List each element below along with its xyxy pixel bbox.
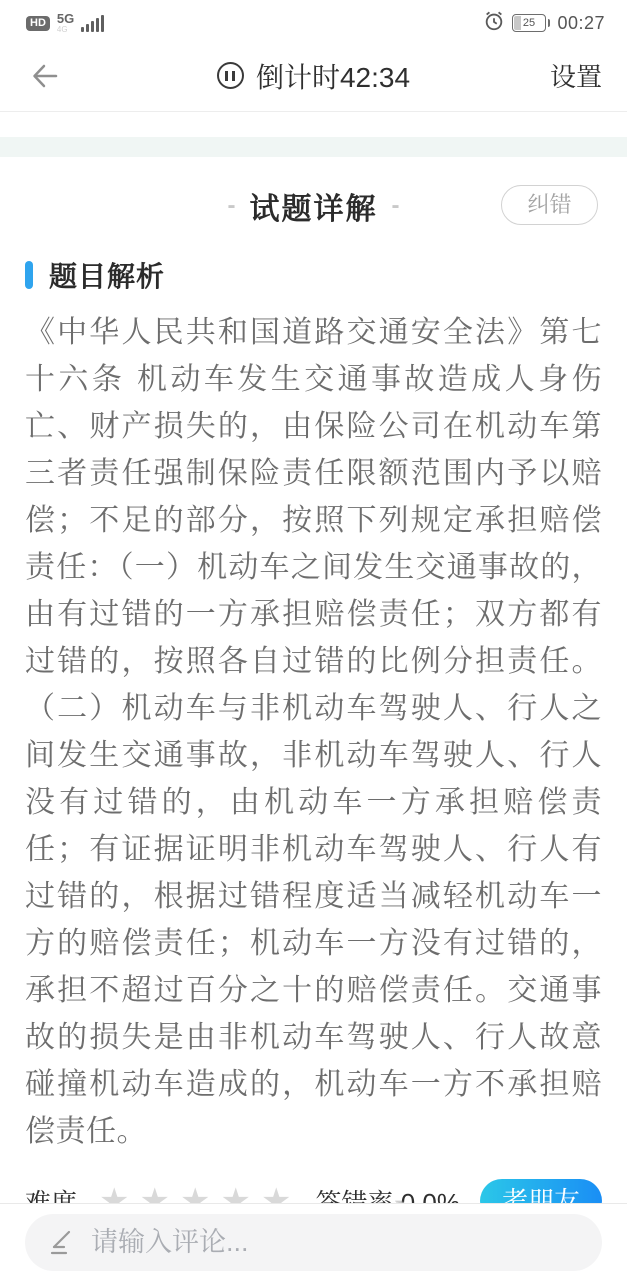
title-dash-left: - (228, 192, 236, 220)
question-detail-card: - 试题详解 - 纠错 题目解析 《中华人民共和国道路交通安全法》第七十六条 机… (0, 185, 627, 1223)
network-type-label: 5G (57, 12, 74, 25)
status-time: 00:27 (557, 13, 605, 34)
report-error-button[interactable]: 纠错 (501, 185, 598, 225)
hd-badge-icon: HD (26, 16, 50, 31)
title-row: - 试题详解 - 纠错 (25, 185, 602, 227)
comment-input-container[interactable] (25, 1214, 602, 1271)
nav-bar: 倒计时42:34 设置 (0, 40, 627, 112)
pen-icon (47, 1228, 75, 1256)
section-header: 题目解析 (25, 255, 602, 295)
battery-level: 25 (523, 17, 535, 29)
separator-band (0, 137, 627, 157)
battery-nub (548, 19, 551, 27)
page-title: 试题详解 (250, 184, 378, 228)
accent-bar-icon (25, 261, 33, 289)
countdown-timer[interactable]: 倒计时42:34 (217, 56, 410, 96)
analysis-text: 《中华人民共和国道路交通安全法》第七十六条 机动车发生交通事故造成人身伤亡、财产… (25, 309, 602, 1155)
pause-icon (217, 62, 244, 89)
network-sub-label: 4G (57, 26, 68, 34)
settings-button[interactable]: 设置 (550, 57, 602, 94)
back-button[interactable] (28, 59, 62, 93)
countdown-label: 倒计时42:34 (256, 56, 410, 96)
comment-input[interactable] (91, 1227, 580, 1258)
signal-strength-icon (81, 14, 104, 32)
comment-bar (0, 1203, 627, 1280)
battery-icon: 25 (512, 14, 546, 32)
title-dash-right: - (392, 192, 400, 220)
status-bar: HD 5G 4G 25 00:27 (0, 0, 627, 40)
alarm-clock-icon (483, 10, 505, 37)
nav-content-gap (0, 112, 627, 137)
network-indicator: 5G 4G (57, 12, 74, 34)
section-title: 题目解析 (49, 255, 165, 295)
